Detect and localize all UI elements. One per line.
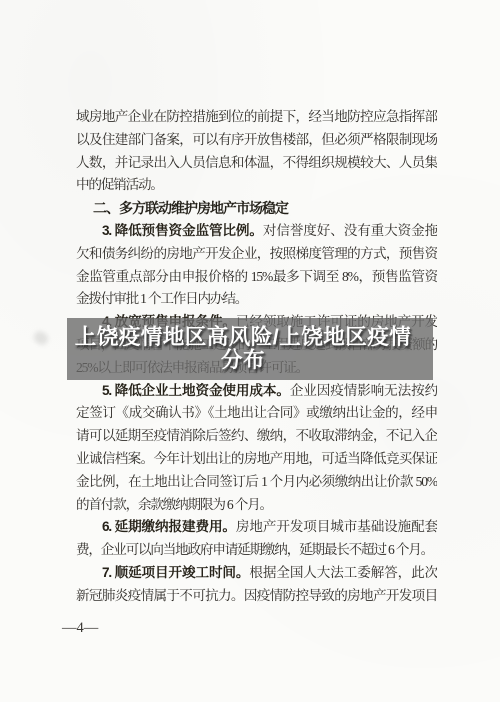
document-page: 域房地产企业在防控措施到位的前提下，经当地防控应急指挥部以及住建部门备案，可以有… (0, 0, 500, 702)
paragraph-text: 中的促销活动。 (76, 177, 163, 192)
paragraph-text: 费，企业可以向当地政府申请延期缴纳，延期最长不超过 6 个月。 (76, 542, 433, 557)
paragraph-text: 金监管重点部分由申报价格的 15%最多下调至 8%，预售监管资 (76, 269, 437, 284)
text-line: 3. 降低预售资金监管比例。对信誉度好、没有重大资金拖 (76, 220, 437, 243)
page-number: —4— (62, 620, 98, 637)
paragraph-text: 以及住建部门备案，可以有序开放售楼部，但必须严格限制现场 (76, 132, 437, 147)
text-line: 域房地产企业在防控措施到位的前提下，经当地防控应急指挥部 (76, 106, 437, 129)
text-line: 定签订《成交确认书》《土地出让合同》或缴纳出让金的，经申 (76, 402, 437, 425)
paragraph-text: 欠和债务纠纷的房地产开发企业，按照梯度管理的方式，预售资 (76, 246, 437, 261)
paragraph-lead: 3. 降低预售资金监管比例。 (102, 223, 263, 238)
paragraph-text: 房地产开发项目城市基础设施配套 (236, 519, 437, 534)
paragraph-text: 对信誉度好、没有重大资金拖 (263, 223, 437, 238)
text-line: 金比例，在土地出让合同签订后 1 个月内必须缴纳出让价款 50% (76, 471, 437, 494)
paragraph-text: 定签订《成交确认书》《土地出让合同》或缴纳出让金的，经申 (76, 405, 437, 420)
paragraph-lead: 7. 顺延项目开竣工时间。 (102, 565, 249, 580)
watermark-line1: 上饶疫情地区高风险/上饶地区疫情 (0, 326, 493, 349)
text-line: 新冠肺炎疫情属于不可抗力。因疫情防控导致的房地产开发项目 (76, 585, 437, 608)
section-heading: 二、多方联动维护房地产市场稳定 (76, 197, 437, 220)
paragraph-text: 人数，并记录出入人员信息和体温，不得组织规模较大、人员集 (76, 155, 437, 170)
paragraph-text: 域房地产企业在防控措施到位的前提下，经当地防控应急指挥部 (76, 109, 437, 124)
paragraph-text: 请可以延期至疫情消除后签约、缴纳，不收取滞纳金，不记入企 (76, 428, 437, 443)
text-line: 业诚信档案。今年计划出让的房地产用地，可适当降低竞买保证 (76, 448, 437, 471)
text-line: 5. 降低企业土地资金使用成本。企业因疫情影响无法按约 (76, 380, 437, 403)
paragraph-lead: 5. 降低企业土地资金使用成本。 (102, 383, 290, 398)
paragraph-text: 业诚信档案。今年计划出让的房地产用地，可适当降低竞买保证 (76, 451, 437, 466)
paragraph-text: 金比例，在土地出让合同签订后 1 个月内必须缴纳出让价款 50% (76, 474, 437, 489)
paragraph-text: 的首付款，余款缴纳期限为 6 个月。 (76, 497, 272, 512)
watermark-caption: 上饶疫情地区高风险/上饶地区疫情 分布 (0, 326, 493, 371)
paragraph-lead: 6. 延期缴纳报建费用。 (102, 519, 236, 534)
text-line: 的首付款，余款缴纳期限为 6 个月。 (76, 494, 437, 517)
paragraph-text: 根据全国人大法工委解答，此次 (249, 565, 437, 580)
text-line: 金监管重点部分由申报价格的 15%最多下调至 8%，预售监管资 (76, 266, 437, 289)
paragraph-text: 新冠肺炎疫情属于不可抗力。因疫情防控导致的房地产开发项目 (76, 588, 437, 603)
text-line: 7. 顺延项目开竣工时间。根据全国人大法工委解答，此次 (76, 562, 437, 585)
text-line: 6. 延期缴纳报建费用。房地产开发项目城市基础设施配套 (76, 516, 437, 539)
paragraph-text: 金拨付审批 1 个工作日内办结。 (76, 291, 247, 306)
text-line: 以及住建部门备案，可以有序开放售楼部，但必须严格限制现场 (76, 129, 437, 152)
text-line: 中的促销活动。 (76, 174, 437, 197)
text-line: 金拨付审批 1 个工作日内办结。 (76, 288, 437, 311)
paragraph-text: 企业因疫情影响无法按约 (290, 383, 437, 398)
text-line: 费，企业可以向当地政府申请延期缴纳，延期最长不超过 6 个月。 (76, 539, 437, 562)
text-line: 欠和债务纠纷的房地产开发企业，按照梯度管理的方式，预售资 (76, 243, 437, 266)
text-line: 人数，并记录出入人员信息和体温，不得组织规模较大、人员集 (76, 152, 437, 175)
text-line: 请可以延期至疫情消除后签约、缴纳，不收取滞纳金，不记入企 (76, 425, 437, 448)
paragraph-text: 二、多方联动维护房地产市场稳定 (93, 200, 288, 216)
watermark-line2: 分布 (0, 349, 493, 372)
